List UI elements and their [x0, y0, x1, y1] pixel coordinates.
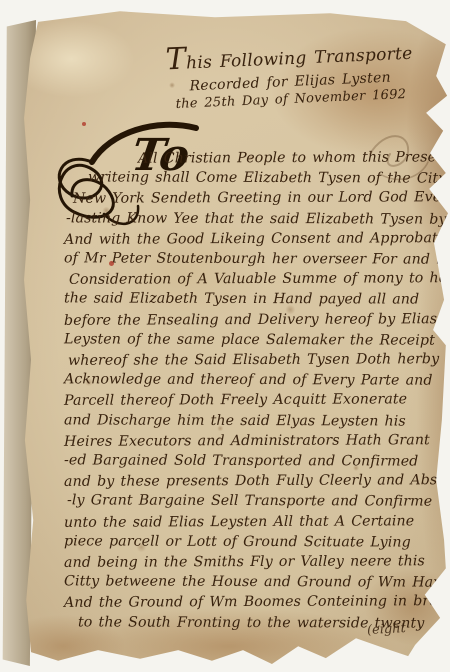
body-line: And the Ground of Wm Boomes Conteining i…	[64, 592, 442, 614]
body-line: -ly Grant Bargaine Sell Transporte and C…	[67, 491, 442, 513]
red-ink-speck	[82, 122, 86, 126]
body-line: -ed Bargained Sold Transported and Confi…	[64, 450, 442, 472]
body-line: And with the Good Likeing Consent and Ap…	[64, 228, 442, 250]
body-line: Parcell thereof Doth Freely Acquitt Exon…	[64, 390, 442, 412]
body-line: before the Ensealing and Delivery hereof…	[64, 309, 442, 331]
ink-flourish-icon	[360, 124, 440, 194]
body-line: Citty betweene the House and Ground of W…	[64, 572, 442, 594]
body-line: the said Elizabeth Tysen in Hand payed a…	[64, 289, 442, 311]
body-line: of Mr Peter Stoutenbourgh her overseer F…	[64, 248, 442, 270]
catchword: (eight	[367, 621, 407, 638]
body-line: -lasting Know Yee that the said Elizabet…	[66, 208, 442, 230]
body-line: Acknowledge and thereof and of Every Par…	[64, 370, 442, 392]
header-annotation: This Following TransporteRecorded for El…	[139, 39, 441, 113]
body-line: whereof she the Said Elisabeth Tysen Dot…	[68, 349, 442, 371]
body-line: Leysten of the same place Salemaker the …	[64, 329, 442, 351]
body-line: and being in the Smiths Fly or Valley ne…	[64, 551, 442, 573]
body-line: unto the said Elias Leysten All that A C…	[64, 511, 442, 533]
body-line: Consideration of A Valuable Summe of mon…	[69, 268, 442, 290]
body-line: and Discharge him the said Elyas Leysten…	[64, 410, 442, 432]
body-lines: All Christian People to whom this Presen…	[64, 148, 442, 633]
body-line: and by these presents Doth Fully Cleerly…	[64, 470, 442, 492]
red-ink-speck	[109, 261, 114, 266]
body-line: piece parcell or Lott of Ground Scituate…	[64, 531, 442, 553]
parchment-page: This Following TransporteRecorded for El…	[10, 6, 448, 666]
body-line: Heires Executors and Administrators Hath…	[64, 430, 442, 452]
scanned-document-photo: This Following TransporteRecorded for El…	[0, 0, 450, 672]
